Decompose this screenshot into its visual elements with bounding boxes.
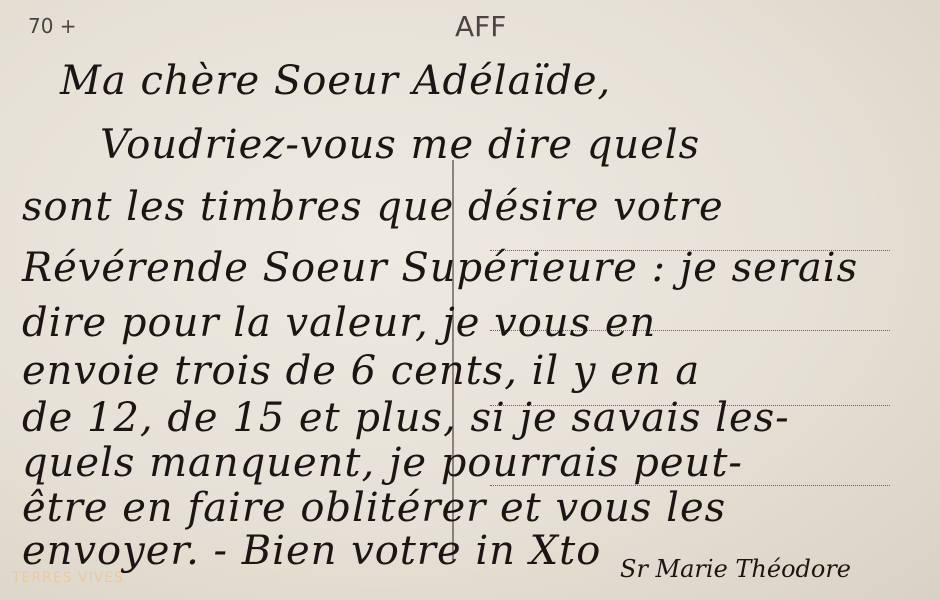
letter-line: dire pour la valeur, je vous en	[22, 300, 656, 346]
letter-line: quels manquent, je pourrais peut-	[22, 440, 743, 486]
signature: Sr Marie Théodore	[620, 555, 851, 583]
letter-line: de 12, de 15 et plus, si je savais les-	[22, 395, 790, 441]
letter-line: sont les timbres que désire votre	[22, 184, 724, 230]
pencil-note-number: 70 +	[28, 14, 77, 38]
letter-line: envoie trois de 6 cents, il y en a	[22, 348, 700, 394]
letter-line: Ma chère Soeur Adélaïde,	[60, 58, 611, 104]
pencil-note-aff: AFF	[455, 10, 506, 43]
letter-line: Voudriez-vous me dire quels	[100, 122, 700, 168]
postcard: 70 + AFF Ma chère Soeur Adélaïde, Voudri…	[0, 0, 940, 600]
watermark: TERRES VIVES	[12, 570, 124, 586]
letter-line: être en faire oblitérer et vous les	[22, 485, 726, 531]
letter-line: envoyer. - Bien votre in Xto	[22, 528, 601, 574]
letter-line: Révérende Soeur Supérieure : je serais	[22, 245, 858, 291]
